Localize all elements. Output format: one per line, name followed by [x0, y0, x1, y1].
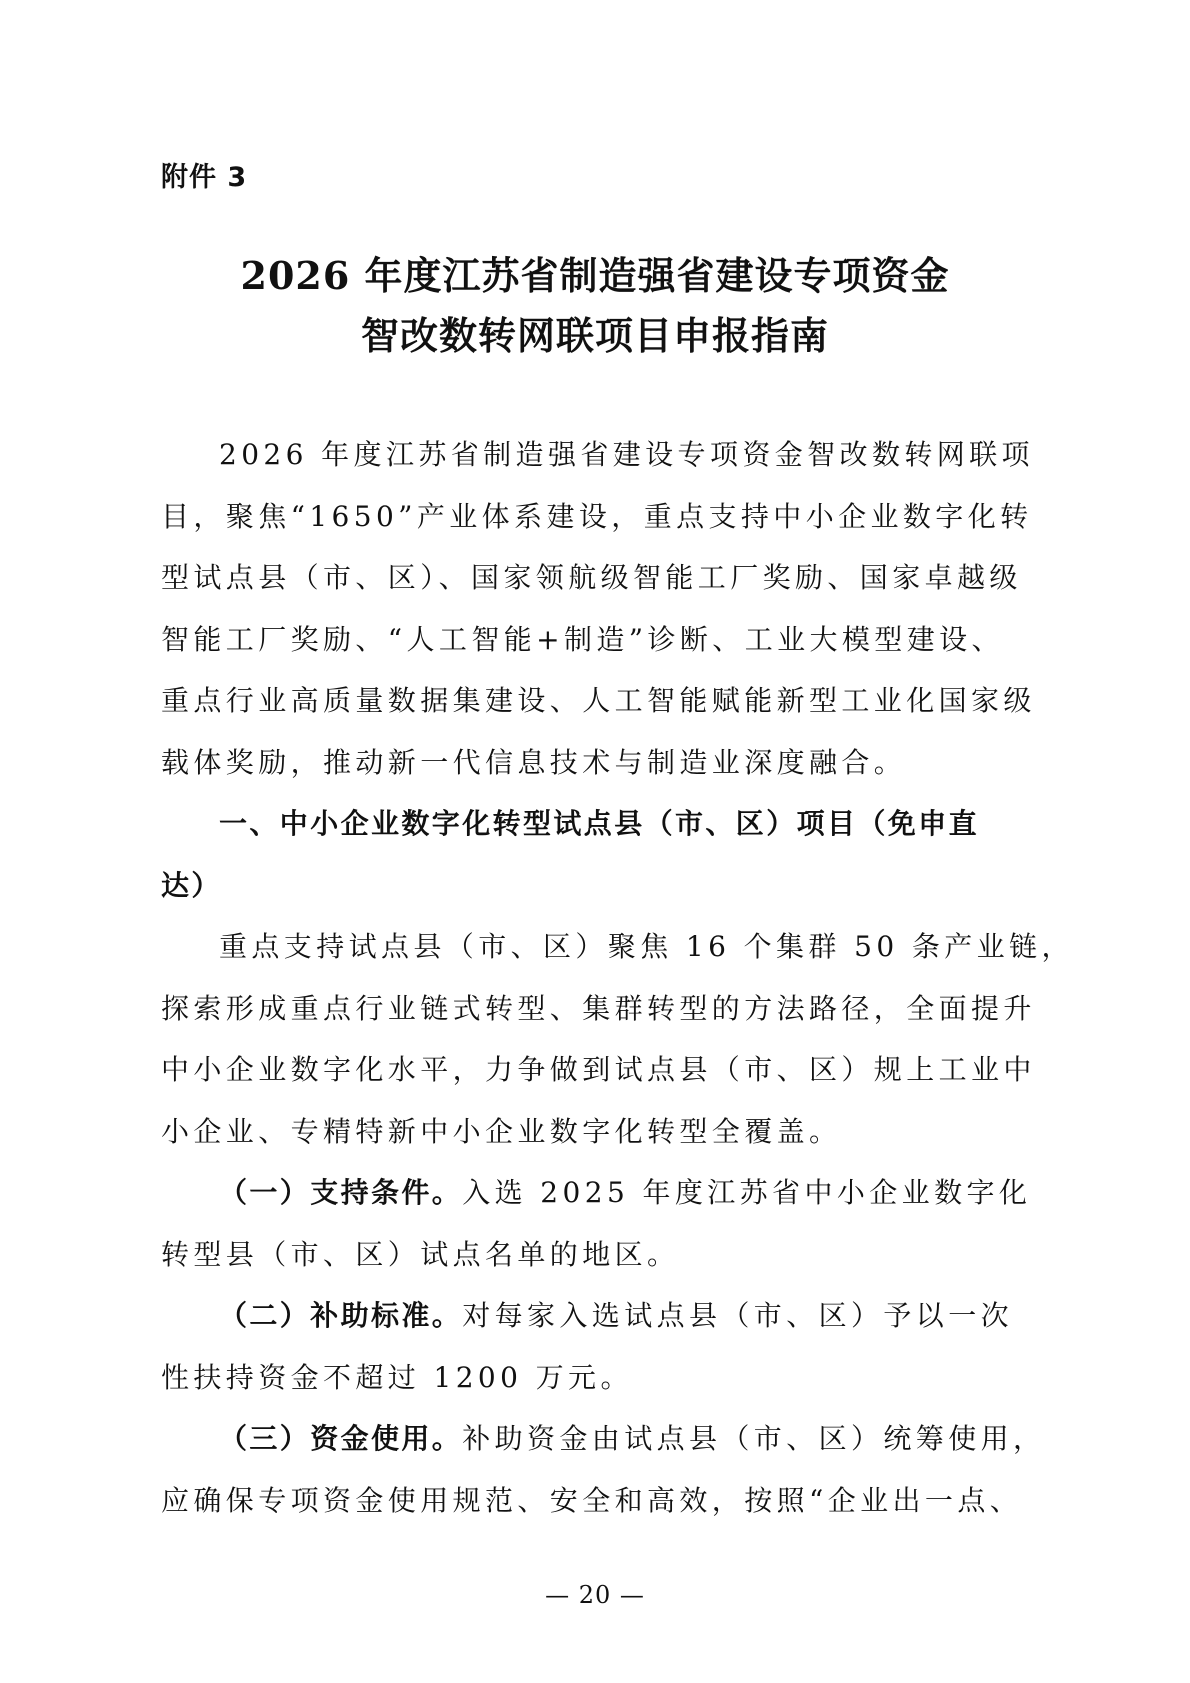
item-continuation: 性扶持资金不超过 1200 万元。 [161, 1347, 1029, 1409]
item-lead: （三）资金使用。 [219, 1422, 462, 1455]
item-text: 入选 2025 年度江苏省中小企业数字化 [462, 1176, 1031, 1209]
fund-usage-item: （三）资金使用。补助资金由试点县（市、区）统筹使用， [161, 1408, 1029, 1470]
intro-line: 载体奖励，推动新一代信息技术与制造业深度融合。 [161, 732, 1029, 794]
intro-line: 智能工厂奖励、“人工智能+制造”诊断、工业大模型建设、 [161, 609, 1029, 671]
item-continuation: 应确保专项资金使用规范、安全和高效，按照“企业出一点、 [161, 1470, 1029, 1532]
document-page: 附件 3 2026 年度江苏省制造强省建设专项资金 智改数转网联项目申报指南 2… [0, 0, 1190, 1683]
section-heading: 达） [161, 855, 1029, 917]
document-title-line-2: 智改数转网联项目申报指南 [0, 310, 1190, 362]
item-lead: （一）支持条件。 [219, 1176, 462, 1209]
intro-line: 2026 年度江苏省制造强省建设专项资金智改数转网联项 [161, 424, 1029, 486]
attachment-label: 附件 3 [161, 160, 247, 196]
document-body: 2026 年度江苏省制造强省建设专项资金智改数转网联项 目，聚焦“1650”产业… [161, 424, 1029, 1531]
item-lead: （二）补助标准。 [219, 1299, 462, 1332]
intro-line: 目，聚焦“1650”产业体系建设，重点支持中小企业数字化转 [161, 486, 1029, 548]
intro-line: 重点行业高质量数据集建设、人工智能赋能新型工业化国家级 [161, 670, 1029, 732]
item-text: 对每家入选试点县（市、区）予以一次 [462, 1299, 1013, 1332]
section-paragraph-line: 小企业、专精特新中小企业数字化转型全覆盖。 [161, 1101, 1029, 1163]
support-conditions-item: （一）支持条件。入选 2025 年度江苏省中小企业数字化 [161, 1162, 1029, 1224]
section-heading: 一、中小企业数字化转型试点县（市、区）项目（免申直 [161, 793, 1029, 855]
page-number: — 20 — [0, 1580, 1190, 1610]
document-title-line-1: 2026 年度江苏省制造强省建设专项资金 [0, 250, 1190, 302]
section-paragraph-line: 探索形成重点行业链式转型、集群转型的方法路径，全面提升 [161, 978, 1029, 1040]
subsidy-standard-item: （二）补助标准。对每家入选试点县（市、区）予以一次 [161, 1285, 1029, 1347]
intro-line: 型试点县（市、区）、国家领航级智能工厂奖励、国家卓越级 [161, 547, 1029, 609]
item-continuation: 转型县（市、区）试点名单的地区。 [161, 1224, 1029, 1286]
section-paragraph-line: 中小企业数字化水平，力争做到试点县（市、区）规上工业中 [161, 1039, 1029, 1101]
section-paragraph-line: 重点支持试点县（市、区）聚焦 16 个集群 50 条产业链， [161, 916, 1029, 978]
item-text: 补助资金由试点县（市、区）统筹使用， [462, 1422, 1045, 1455]
